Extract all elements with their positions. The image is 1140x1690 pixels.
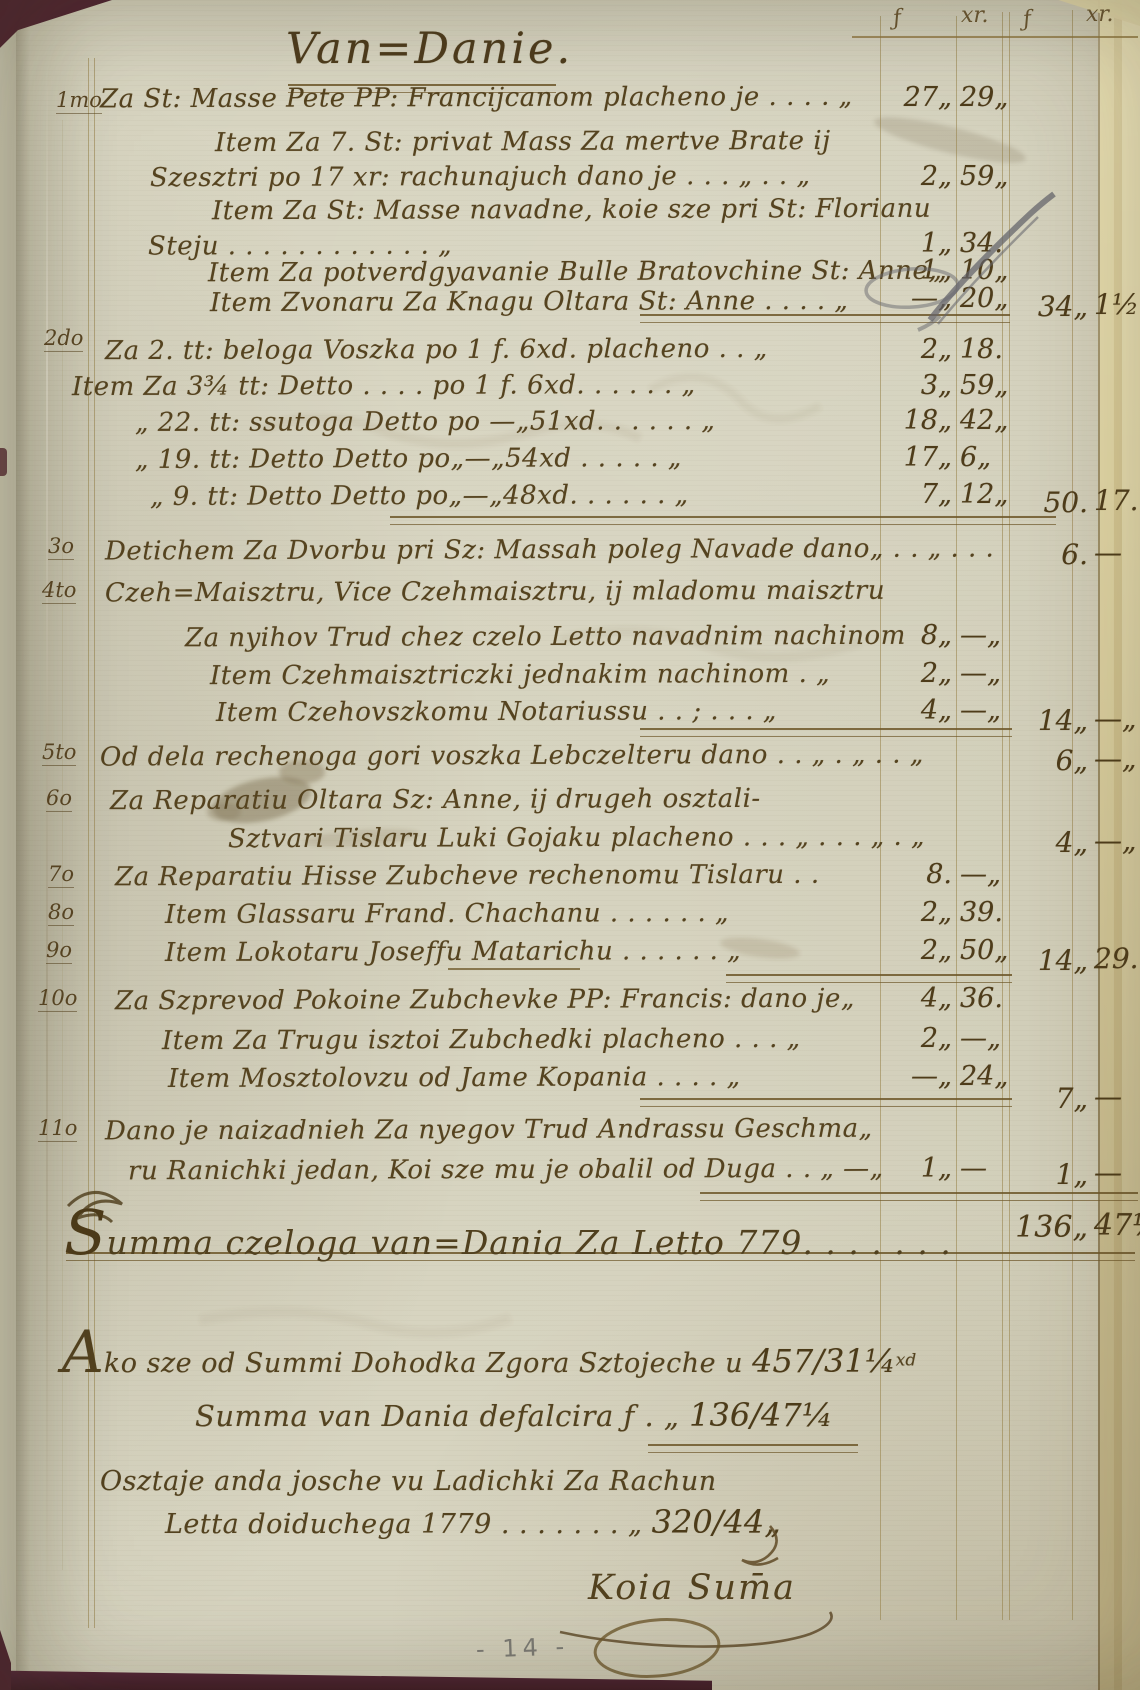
entry-line: Za nyihov Trud chez czelo Letto navadnim…	[185, 622, 906, 653]
page-left-edge	[0, 0, 16, 1690]
entry-number: 1mo	[56, 88, 102, 114]
balance-line-1: Ako sze od Summi Dohodka Zgora Sztojeche…	[62, 1318, 916, 1386]
summa-line: Summa czeloga van=Dania Za Letto 779. . …	[64, 1196, 952, 1269]
summa-total-kreuzer: 47¼	[1094, 1208, 1140, 1243]
money-column-line	[956, 16, 957, 1620]
entry-line: Item Za 7. St: privat Mass Za mertve Bra…	[215, 127, 831, 158]
column-header-florin: ƒ	[892, 6, 903, 32]
amount-kreuzer: 6„	[960, 442, 1016, 473]
amount-florin: 2„	[868, 1023, 952, 1054]
subtotal-florin: 7„	[1014, 1082, 1088, 1115]
amount-kreuzer: 12„	[960, 479, 1016, 510]
amount-kreuzer: 24„	[960, 1061, 1016, 1092]
amount-kreuzer: —„	[960, 620, 1016, 651]
entry-line: Item Zvonaru Za Knagu Oltara St: Anne . …	[210, 287, 848, 318]
subtotal-kreuzer: 1½	[1094, 288, 1140, 321]
entry-line: Item Lokotaru Joseffu Matarichu . . . . …	[165, 937, 741, 968]
signature: Koia Sum̄a	[588, 1568, 796, 1608]
entry-line: Item Za potverdgyavanie Bulle Bratovchin…	[208, 257, 942, 288]
money-column-line	[1072, 10, 1073, 1620]
column-header-kreuzer: xr.	[961, 3, 989, 28]
amount-kreuzer: 10„	[960, 255, 1016, 286]
amount-kreuzer: —„	[960, 658, 1016, 689]
entry-line: Za St: Masse Pete PP: Francijcanom plach…	[100, 83, 853, 114]
subtotal-rule	[726, 974, 1012, 983]
entry-line: Sztvari Tislaru Luki Gojaku placheno . .…	[228, 823, 925, 854]
summa-total-florin: 136„	[1014, 1210, 1088, 1245]
entry-line: Item Czehovszkomu Notariussu . . ; . . .…	[216, 697, 777, 728]
binding-notch	[0, 448, 7, 476]
subtotal-kreuzer: —	[1094, 536, 1140, 569]
balance-line-1-unit: xd	[896, 1351, 916, 1371]
ruled-line-vertical	[88, 58, 89, 1628]
amount-kreuzer: —„	[960, 1023, 1016, 1054]
amount-kreuzer: 59„	[960, 370, 1016, 401]
amount-kreuzer: —	[960, 1153, 1016, 1184]
subtotal-kreuzer: —	[1094, 1080, 1140, 1113]
entry-line: „ 22. tt: ssutoga Detto po —„51xd. . . .…	[135, 407, 715, 438]
amount-florin: 4„	[868, 695, 952, 726]
ink-oval-mark	[593, 1615, 721, 1682]
column-header-florin: ƒ	[1022, 7, 1033, 33]
paper-crease	[46, 60, 48, 1620]
entry-number: 10o	[38, 986, 77, 1012]
subtotal-kreuzer: 17.	[1094, 484, 1140, 517]
balance-line-2-text: Summa van Dania defalcira ƒ . „	[195, 1399, 689, 1433]
balance-flourish-capital: A	[62, 1318, 104, 1386]
entry-line: Dano je naizadnieh Za nyegov Trud Andras…	[105, 1115, 873, 1146]
amount-florin: —„	[868, 283, 952, 314]
amount-kreuzer: —„	[960, 695, 1016, 726]
balance-line-2: Summa van Dania defalcira ƒ . „ 136/47¼	[195, 1396, 833, 1434]
subtotal-florin: 6„	[1014, 744, 1088, 777]
amount-florin: 27„	[868, 82, 952, 113]
entry-number: 9o	[46, 938, 72, 964]
entry-line: Za 2. tt: beloga Voszka po 1 f. 6xd. pla…	[105, 335, 768, 366]
subtotal-florin: 4„	[1014, 826, 1088, 859]
entry-number: 6o	[46, 786, 72, 812]
amount-kreuzer: 50„	[960, 935, 1016, 966]
balance-line-2-amount: 136/47¼	[689, 1396, 833, 1434]
entry-number: 4to	[42, 578, 76, 604]
entry-number: 2do	[44, 326, 83, 352]
subtotal-rule	[640, 1098, 1012, 1107]
entry-line: „ 9. tt: Detto Detto po„—„48xd. . . . . …	[150, 481, 689, 511]
amount-florin: 2„	[868, 935, 952, 966]
entry-line: Czeh=Maisztru, Vice Czehmaisztru, ij mla…	[105, 577, 885, 608]
entry-line: Za Reparatiu Hisse Zubcheve rechenomu Ti…	[115, 861, 820, 892]
summa-text: umma czeloga van=Dania Za Letto 779. . .…	[106, 1223, 951, 1262]
entry-number: 7o	[48, 862, 74, 888]
entry-line: Od dela rechenoga gori voszka Lebczelter…	[100, 741, 924, 772]
subtotal-kreuzer: 29.	[1094, 942, 1140, 975]
remainder-line-1: Osztaje anda josche vu Ladichki Za Rachu…	[100, 1466, 717, 1497]
subtotal-florin: 50.	[1014, 486, 1088, 519]
amount-kreuzer: 39.	[960, 897, 1016, 928]
entry-line: Detichem Za Dvorbu pri Sz: Massah poleg …	[105, 534, 994, 566]
amount-florin: 2„	[868, 161, 952, 192]
subtotal-kreuzer: —„	[1094, 742, 1140, 775]
summa-flourish-capital: S	[64, 1196, 106, 1269]
entry-line: Szesztri po 17 xr: rachunajuch dano je .…	[150, 162, 811, 193]
amount-florin: 2„	[868, 897, 952, 928]
amount-kreuzer: 36.	[960, 983, 1016, 1014]
entry-line: Item Mosztolovzu od Jame Kopania . . . .…	[168, 1063, 741, 1094]
entry-line: Za Reparatiu Oltara Sz: Anne, ij drugeh …	[110, 785, 761, 816]
amount-kreuzer: 18.	[960, 334, 1016, 365]
amount-kreuzer: 42„	[960, 405, 1016, 436]
balance-line-1-text: ko sze od Summi Dohodka Zgora Sztojeche …	[104, 1348, 752, 1379]
entry-line: Item Glassaru Frand. Chachanu . . . . . …	[165, 899, 729, 930]
subtotal-florin: 14„	[1014, 944, 1088, 977]
amount-florin: 7„	[868, 479, 952, 510]
amount-florin: 17„	[868, 442, 952, 473]
subtotal-kreuzer: —„	[1094, 824, 1140, 857]
entry-line: Za Szprevod Pokoine Zubchevke PP: Franci…	[115, 985, 855, 1016]
subtotal-florin: 34„	[1014, 290, 1088, 323]
balance-line-1-amount: 457/31¼	[752, 1342, 896, 1380]
remainder-line-2: Letta doiduchega 1779 . . . . . . . „ 32…	[165, 1503, 781, 1541]
amount-florin: 2„	[868, 334, 952, 365]
ruled-line-vertical	[94, 58, 95, 1628]
amount-florin: 1„	[868, 255, 952, 286]
remainder-amount: 320/44„	[652, 1503, 781, 1541]
page-title: Van=Danie.	[286, 24, 573, 74]
entry-line: Item Za 3¾ tt: Detto . . . . po 1 f. 6xd…	[72, 371, 696, 402]
column-header-kreuzer: xr.	[1086, 2, 1114, 27]
amount-florin: 4„	[868, 983, 952, 1014]
subtotal-florin: 6.	[1014, 538, 1088, 571]
amount-florin: 8.	[868, 859, 952, 890]
amount-florin: 2„	[868, 658, 952, 689]
entry-line: ru Ranichki jedan, Koi sze mu je obalil …	[128, 1155, 884, 1186]
entry-line: Item Za St: Masse navadne, koie sze pri …	[212, 195, 931, 226]
amount-kreuzer: 20„	[960, 283, 1016, 314]
subtotal-kreuzer: —	[1094, 1156, 1140, 1189]
subtotal-rule	[640, 728, 1012, 737]
amount-florin: 1„	[868, 1153, 952, 1184]
subtotal-kreuzer: —„	[1094, 702, 1140, 735]
entry-number: 11o	[38, 1116, 77, 1142]
page-number: - 14 -	[476, 1632, 570, 1663]
remainder-line-1-text: Osztaje anda josche vu Ladichki Za Rachu…	[100, 1466, 717, 1497]
amount-kreuzer: 59„	[960, 161, 1016, 192]
amount-kreuzer: —„	[960, 859, 1016, 890]
entry-number: 3o	[48, 534, 74, 560]
entry-line: Item Za Trugu isztoi Zubchedki placheno …	[162, 1025, 801, 1056]
amount-florin: 18„	[868, 405, 952, 436]
subtotal-florin: 1„	[1014, 1158, 1088, 1191]
amount-kreuzer: 29„	[960, 82, 1016, 113]
subtotal-florin: 14„	[1014, 704, 1088, 737]
header-rule	[852, 36, 1138, 38]
name-underline	[448, 968, 580, 970]
defalcira-underline	[648, 1444, 858, 1453]
subtotal-rule	[390, 516, 1056, 525]
remainder-line-2-text: Letta doiduchega 1779 . . . . . . . „	[165, 1509, 652, 1540]
entry-line: Item Czehmaisztriczki jednakim nachinom …	[210, 660, 830, 691]
amount-florin: 3„	[868, 370, 952, 401]
page-left-seam	[16, 0, 30, 1690]
binding-edge-bottom	[0, 1668, 712, 1690]
manuscript-page: Van=Danie. ƒ xr. ƒ xr. 1mo Za St: Masse …	[0, 0, 1140, 1690]
amount-florin: —„	[868, 1061, 952, 1092]
signature-flourish	[560, 1612, 832, 1647]
entry-line: „ 19. tt: Detto Detto po„—„54xd . . . . …	[135, 444, 682, 475]
amount-florin: 8„	[868, 620, 952, 651]
entry-number: 5to	[42, 740, 76, 766]
entry-number: 8o	[48, 900, 74, 926]
